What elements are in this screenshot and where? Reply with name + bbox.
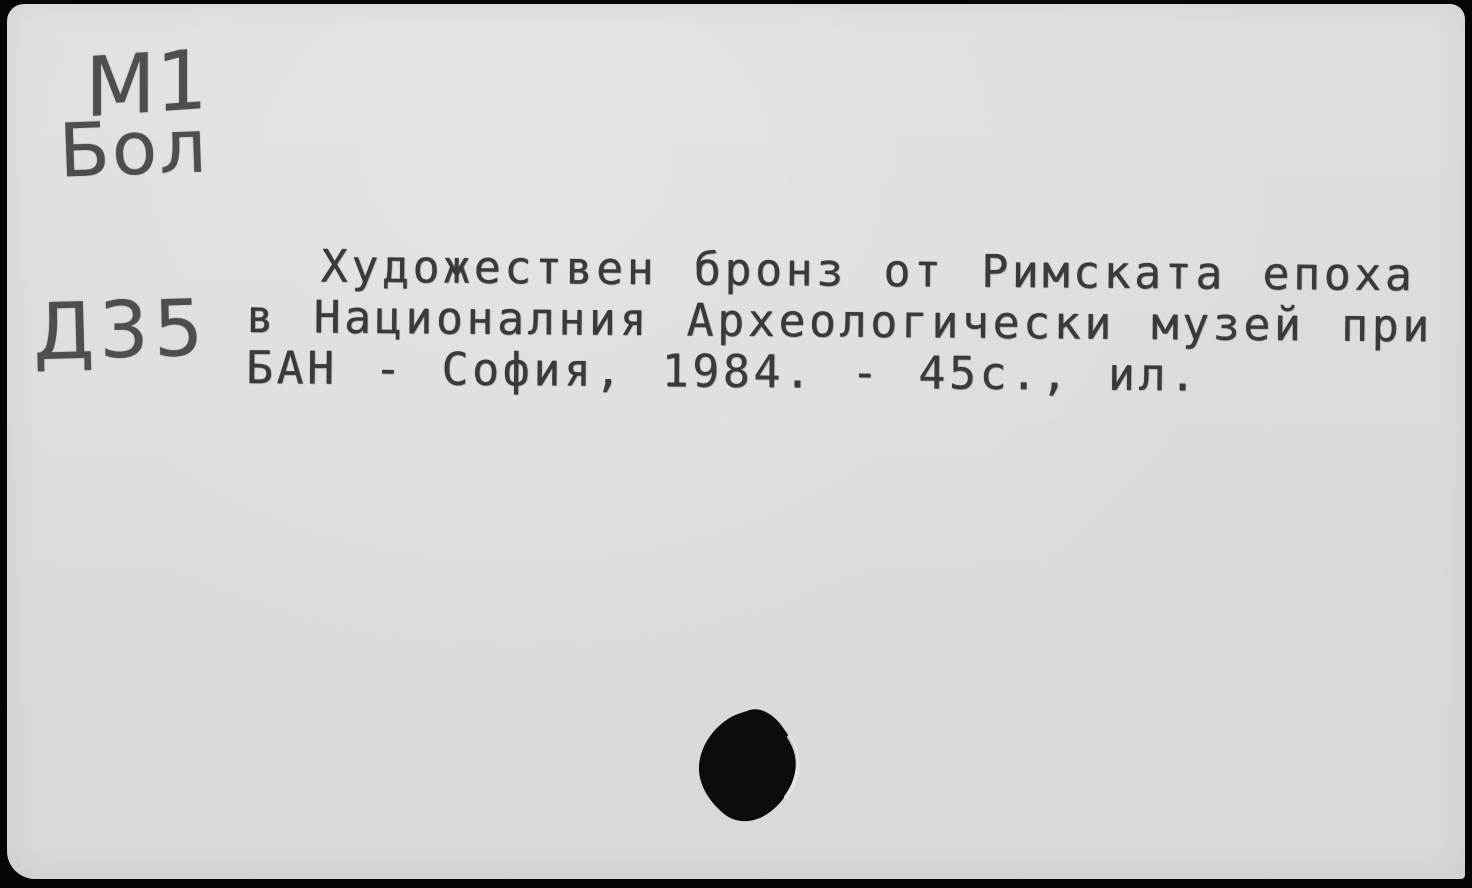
card-paper: М1 Бол Д35 Художествен бронз от Римската… (7, 4, 1465, 879)
handwritten-mark-bol: Бол (58, 109, 210, 188)
catalog-card-scan: М1 Бол Д35 Художествен бронз от Римската… (0, 0, 1472, 888)
ink-blot (690, 705, 808, 829)
handwritten-shelfmark: Д35 (32, 290, 209, 373)
typed-bibliographic-entry: Художествен бронз от Римската епоха в На… (246, 240, 1434, 402)
entry-line-imprint: БАН - София, 1984. - 45с., ил. (246, 342, 1433, 402)
